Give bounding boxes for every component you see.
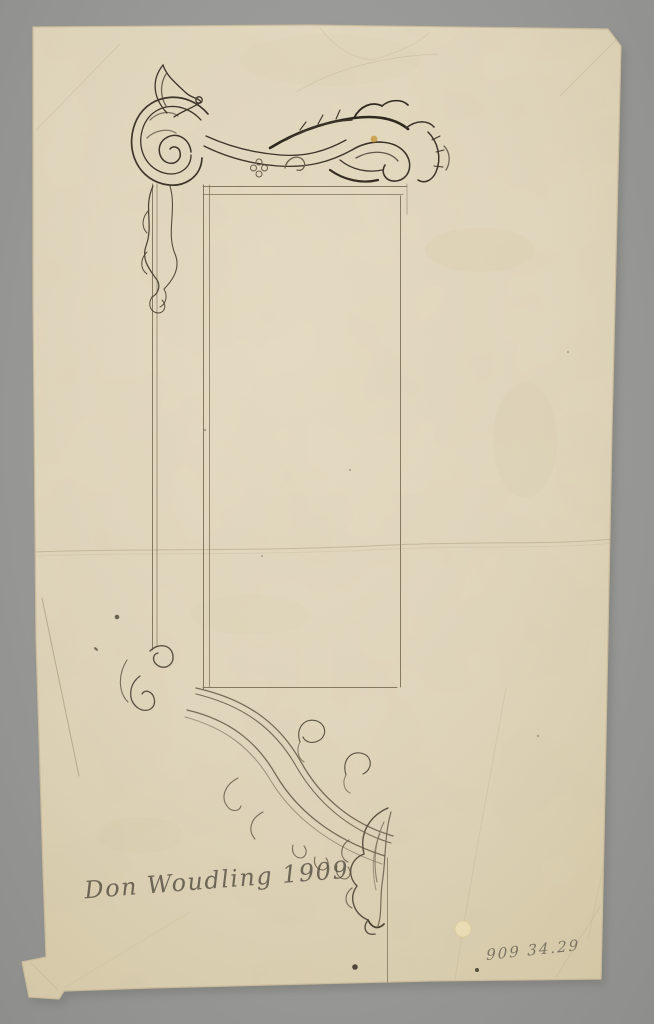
scan-backdrop: Don Woudling 1909 909 34.29 bbox=[0, 0, 654, 1024]
